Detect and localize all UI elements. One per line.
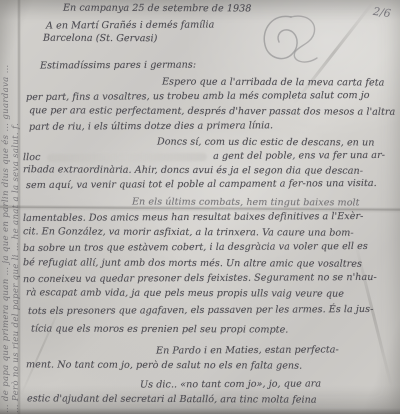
letter-line: per part, fins a vosaltres, us trobeu am… [26,91,370,103]
letter-line: no coneixeu va quedar presoner dels feix… [23,273,377,285]
letter-line: En Pardo i en Maties, estan perfecta- [156,345,339,356]
letter-line: estic d'ajudant del secretari al Batalló… [27,394,317,405]
letter-line: bé refugiat allí, junt amb dos morts més… [23,258,362,269]
letter-line: sem aquí, va venir quasi tot el poble al… [26,179,377,191]
paper-wrinkle [20,304,63,396]
pencil-flourish-mark [255,11,341,67]
salutation-line: Estimadíssims pares i germans: [40,61,196,72]
letter-line: ba sobre un tros que estàvem cobert, i l… [23,242,368,254]
page-number: 2/6 [372,5,391,20]
letter-line: En els últims combats, hem tingut baixes… [132,198,360,209]
erased-text-smudge [46,153,207,162]
letter-line: part de riu, i els últims dotze dies a p… [29,121,273,132]
letter-line: que per ara estic perfectament, després … [29,106,395,118]
paper-edge-shadow [0,408,400,414]
letter-line: Us dic.. «no tant com jo», jo, que ara [140,379,321,390]
letter-line: ribada extraordinària. Ahir, doncs avui … [23,165,363,176]
addressee-line: A en Martí Grañés i demés família [46,20,214,31]
letter-line: Doncs sí, com us dic estic de descans, e… [157,138,375,149]
letter-line: tícia que els moros es prenien pel seu p… [31,324,288,335]
letter-line: cit. En González, va morir asfixiat, a l… [23,227,354,238]
letter-line-fragment: lloc [23,153,41,163]
letter-line-fragment: a gent del poble, ens va fer una ar- [213,151,385,162]
letter-line: lamentables. Dos amics meus han resultat… [23,212,363,224]
addressee-line: Barcelona (St. Gervasi) [43,34,157,44]
letter-line: Espero que a l'arribada de la meva carta… [162,78,384,89]
date-line: En campanya 25 de setembre de 1938 [63,4,251,15]
letter-line: tots els presoners que agafaven, els pas… [28,305,373,317]
letter-scan: 2/6 … de papa que primera quan … ja que … [0,0,400,414]
letter-line-with-erasure: lloc a gent del poble, ens va fer una ar… [23,151,385,163]
letter-line: ment. No tant com jo, però de salut no e… [26,360,302,371]
margin-note: … de papa que primera quan … ja que en p… [1,3,11,413]
margin-note: … Però no us rieu del paper que li … he … [11,3,21,413]
letter-line: rà escapat amb vida, ja que pels meus pr… [26,288,344,299]
